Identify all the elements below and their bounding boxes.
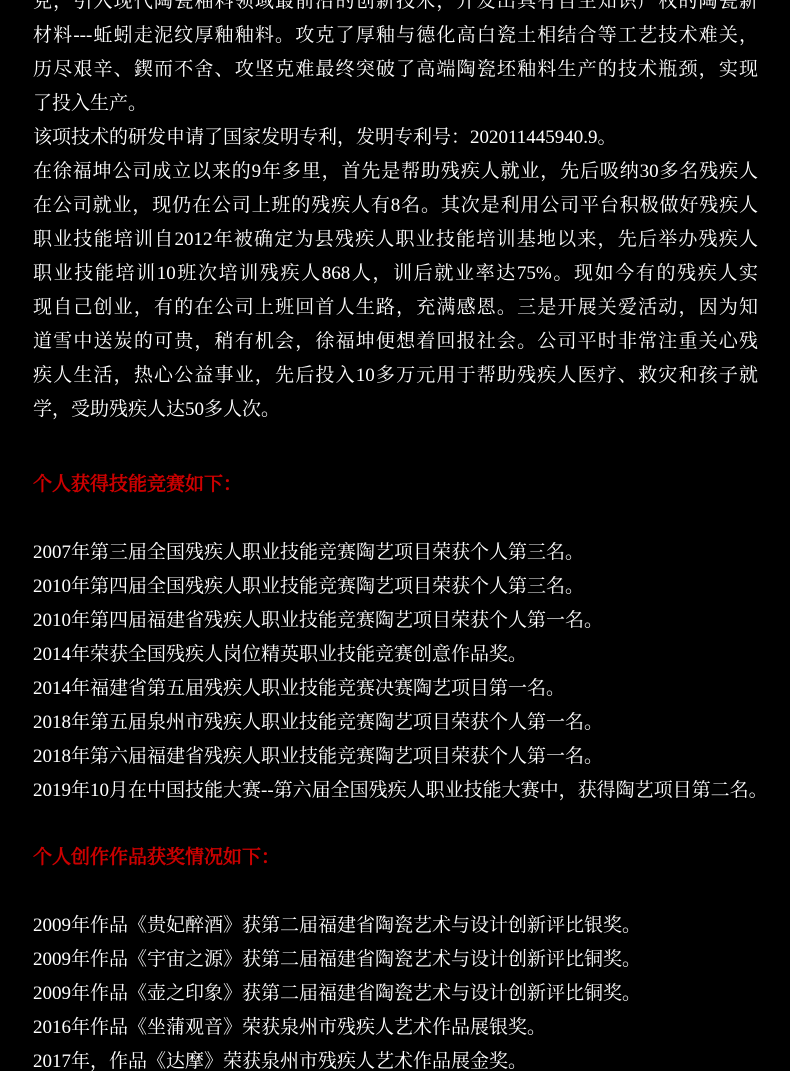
paragraph-line: 疾人生活，热心公益事业，先后投入10多万元用于帮助残疾人医疗、救灾和孩子就 [33,359,758,393]
spacer [33,427,758,468]
document-page: 克，引入现代陶瓷釉料领域最前沿的创新技术，开发出具有自主知识产权的陶瓷新 材料-… [0,0,790,1071]
company-paragraph: 在徐福坤公司成立以来的9年多里，首先是帮助残疾人就业，先后吸纳30多名残疾人 在… [33,155,758,427]
list-item: 2009年作品《贵妃醉酒》获第二届福建省陶瓷艺术与设计创新评比银奖。 [33,909,758,943]
spacer [33,875,758,909]
list-item: 2010年第四届福建省残疾人职业技能竞赛陶艺项目荣获个人第一名。 [33,604,758,638]
paragraph-line: 道雪中送炭的可贵，稍有机会，徐福坤便想着回报社会。公司平时非常注重关心残 [33,325,758,359]
list-item: 2014年福建省第五届残疾人职业技能竞赛决赛陶艺项目第一名。 [33,672,758,706]
list-item: 2010年第四届全国残疾人职业技能竞赛陶艺项目荣获个人第三名。 [33,570,758,604]
paragraph-line: 现自己创业，有的在公司上班回首人生路，充满感恩。三是开展关爱活动，因为知 [33,291,758,325]
spacer [33,502,758,536]
awards-section-heading: 个人创作作品获奖情况如下： [33,841,758,875]
paragraph-line: 在徐福坤公司成立以来的9年多里，首先是帮助残疾人就业，先后吸纳30多名残疾人 [33,155,758,189]
list-item: 2014年荣获全国残疾人岗位精英职业技能竞赛创意作品奖。 [33,638,758,672]
list-item: 2016年作品《坐蒲观音》荣获泉州市残疾人艺术作品展银奖。 [33,1011,758,1045]
list-item: 2009年作品《宇宙之源》获第二届福建省陶瓷艺术与设计创新评比铜奖。 [33,943,758,977]
paragraph-line: 了投入生产。 [33,87,758,121]
paragraph-line: 职业技能培训10班次培训残疾人868人，训后就业率达75%。现如今有的残疾人实 [33,257,758,291]
paragraph-line: 在公司就业，现仍在公司上班的残疾人有8名。其次是利用公司平台积极做好残疾人 [33,189,758,223]
list-item: 2007年第三届全国残疾人职业技能竞赛陶艺项目荣获个人第三名。 [33,536,758,570]
paragraph-line: 历尽艰辛、鍥而不舍、攻坚克难最终突破了高端陶瓷坯釉料生产的技术瓶颈，实现 [33,53,758,87]
awards-section: 个人创作作品获奖情况如下： 2009年作品《贵妃醉酒》获第二届福建省陶瓷艺术与设… [33,841,758,1071]
list-item: 2017年，作品《达摩》荣获泉州市残疾人艺术作品展金奖。 [33,1045,758,1071]
competition-section-heading: 个人获得技能竞赛如下： [33,468,758,502]
competition-section: 个人获得技能竞赛如下： 2007年第三届全国残疾人职业技能竞赛陶艺项目荣获个人第… [33,468,758,808]
patent-line: 该项技术的研发申请了国家发明专利，发明专利号：202011445940.9。 [33,121,758,155]
spacer [33,808,758,841]
list-item: 2018年第五届泉州市残疾人职业技能竞赛陶艺项目荣获个人第一名。 [33,706,758,740]
paragraph-line: 克，引入现代陶瓷釉料领域最前沿的创新技术，开发出具有自主知识产权的陶瓷新 [33,0,758,19]
paragraph-line: 学，受助残疾人达50多人次。 [33,393,758,427]
paragraph-line: 职业技能培训自2012年被确定为县残疾人职业技能培训基地以来，先后举办残疾人 [33,223,758,257]
paragraph-line: 材料---蚯蚓走泥纹厚釉釉料。攻克了厚釉与德化高白瓷土相结合等工艺技术难关， [33,19,758,53]
list-item: 2009年作品《壶之印象》获第二届福建省陶瓷艺术与设计创新评比铜奖。 [33,977,758,1011]
list-item: 2018年第六届福建省残疾人职业技能竞赛陶艺项目荣获个人第一名。 [33,740,758,774]
intro-paragraph: 克，引入现代陶瓷釉料领域最前沿的创新技术，开发出具有自主知识产权的陶瓷新 材料-… [33,0,758,121]
list-item: 2019年10月在中国技能大赛--第六届全国残疾人职业技能大赛中，获得陶艺项目第… [33,774,758,808]
